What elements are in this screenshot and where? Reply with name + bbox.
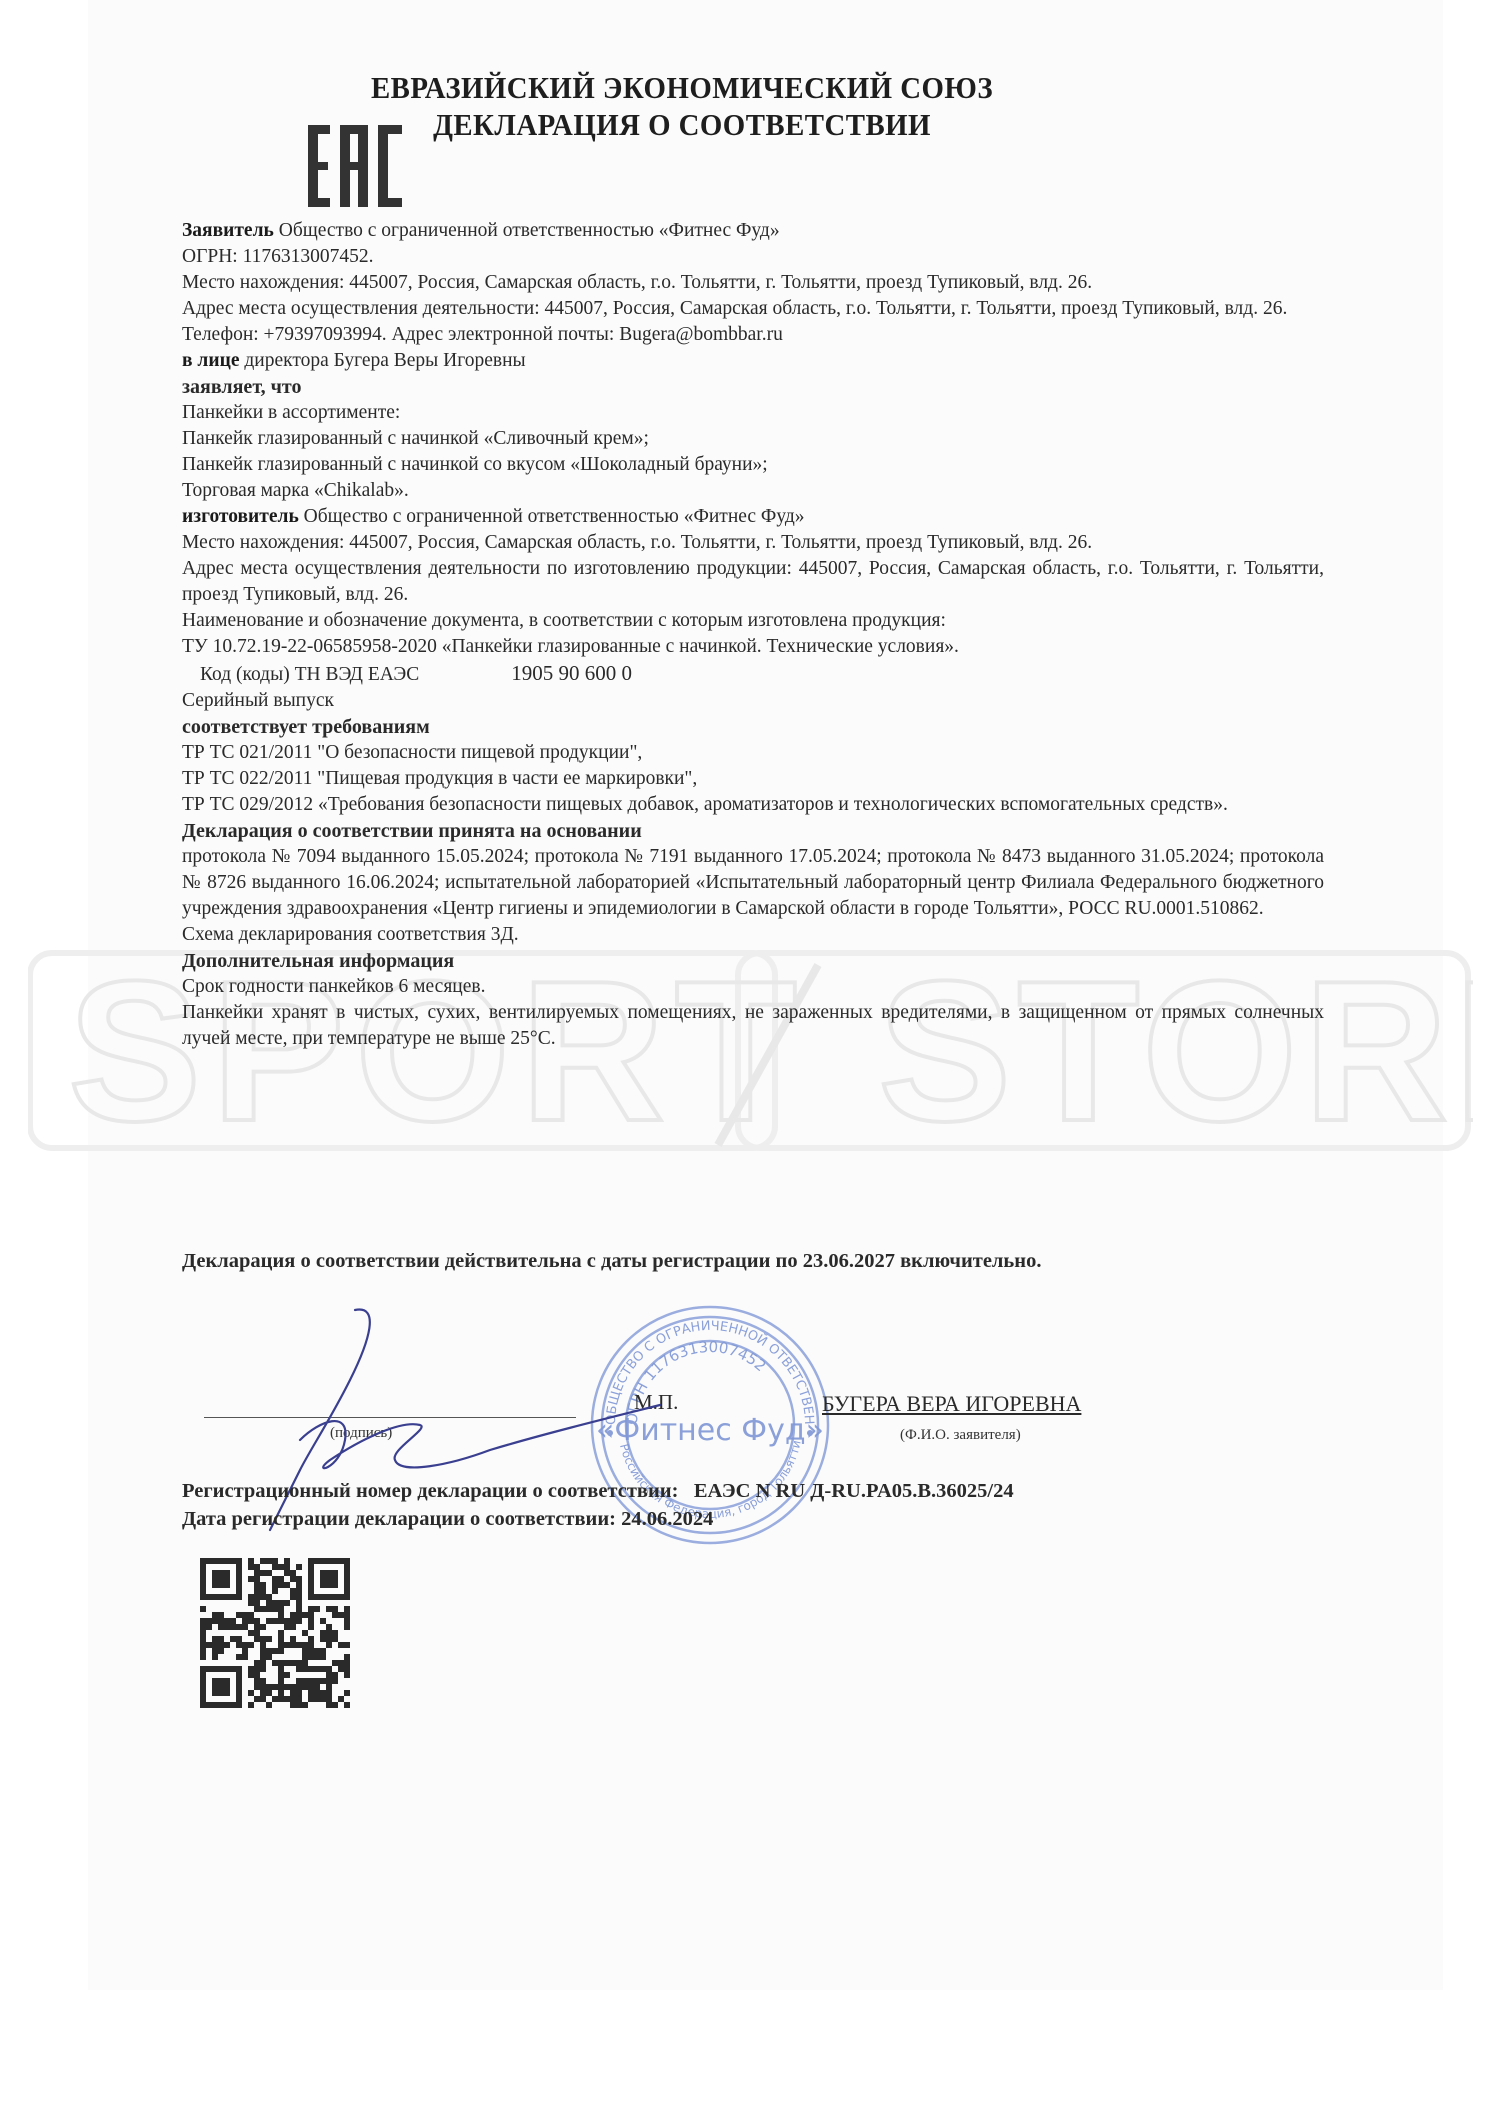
handwritten-signature xyxy=(220,1300,700,1540)
document-title: ДЕКЛАРАЦИЯ О СООТВЕТСТВИИ xyxy=(217,107,1147,143)
regulation-item: ТР ТС 021/2011 "О безопасности пищевой п… xyxy=(182,740,1324,766)
product-item: Панкейк глазированный с начинкой «Сливоч… xyxy=(182,426,1324,452)
validity-statement: Декларация о соответствии действительна … xyxy=(182,1250,1041,1273)
applicant-location: Место нахождения: 445007, Россия, Самарс… xyxy=(182,270,1324,296)
signer-caption: (Ф.И.О. заявителя) xyxy=(900,1427,1021,1444)
standard-doc-value: ТУ 10.72.19-22-06585958-2020 «Панкейки г… xyxy=(182,634,1324,660)
product-item: Панкейки в ассортименте: xyxy=(182,400,1324,426)
basis-text: протокола № 7094 выданного 15.05.2024; п… xyxy=(182,844,1324,922)
tnved-row: Код (коды) ТН ВЭД ЕАЭС1905 90 600 0 xyxy=(182,660,1324,688)
regulation-item: ТР ТС 022/2011 "Пищевая продукция в част… xyxy=(182,766,1324,792)
declaration-body: Заявитель Общество с ограниченной ответс… xyxy=(182,218,1324,1052)
union-title: ЕВРАЗИЙСКИЙ ЭКОНОМИЧЕСКИЙ СОЮЗ xyxy=(217,70,1147,106)
registration-date-line: Дата регистрации декларации о соответств… xyxy=(182,1508,713,1531)
manufacturer-line: изготовитель Общество с ограниченной отв… xyxy=(182,504,1324,530)
manufacturer-label: изготовитель xyxy=(182,506,299,527)
shelf-life: Срок годности панкейков 6 месяцев. xyxy=(182,974,1324,1000)
additional-info-label: Дополнительная информация xyxy=(182,948,1324,974)
compliance-label: соответствует требованиям xyxy=(182,714,1324,740)
release-type: Серийный выпуск xyxy=(182,688,1324,714)
qr-code-icon[interactable] xyxy=(200,1558,350,1708)
signer-name: БУГЕРА ВЕРА ИГОРЕВНА xyxy=(822,1391,1081,1417)
registration-date: 24.06.2024 xyxy=(621,1508,713,1530)
tnved-code: 1905 90 600 0 xyxy=(511,660,632,686)
manufacturer-location: Место нахождения: 445007, Россия, Самарс… xyxy=(182,530,1324,556)
basis-label: Декларация о соответствии принята на осн… xyxy=(182,818,1324,844)
regulation-item: ТР ТС 029/2012 «Требования безопасности … xyxy=(182,792,1324,818)
standard-doc-label: Наименование и обозначение документа, в … xyxy=(182,608,1324,634)
declares-label: заявляет, что xyxy=(182,374,1324,400)
storage-conditions: Панкейки хранят в чистых, сухих, вентили… xyxy=(182,1000,1324,1052)
applicant-label: Заявитель xyxy=(182,220,274,241)
registration-number-line: Регистрационный номер декларации о соотв… xyxy=(182,1480,1014,1503)
represented-by: в лице директора Бугера Веры Игоревны xyxy=(182,348,1324,374)
registration-number: ЕАЭС N RU Д-RU.PA05.B.36025/24 xyxy=(694,1480,1014,1502)
applicant-activity-address: Адрес места осуществления деятельности: … xyxy=(182,296,1324,322)
applicant-ogrn: ОГРН: 1176313007452. xyxy=(182,244,1324,270)
product-item: Панкейк глазированный с начинкой со вкус… xyxy=(182,452,1324,478)
manufacturer-production-address: Адрес места осуществления деятельности п… xyxy=(182,556,1324,608)
applicant-line: Заявитель Общество с ограниченной ответс… xyxy=(182,218,1324,244)
applicant-contacts: Телефон: +79397093994. Адрес электронной… xyxy=(182,322,1324,348)
trademark: Торговая марка «Chikalab». xyxy=(182,478,1324,504)
declaration-scheme: Схема декларирования соответствия 3Д. xyxy=(182,922,1324,948)
